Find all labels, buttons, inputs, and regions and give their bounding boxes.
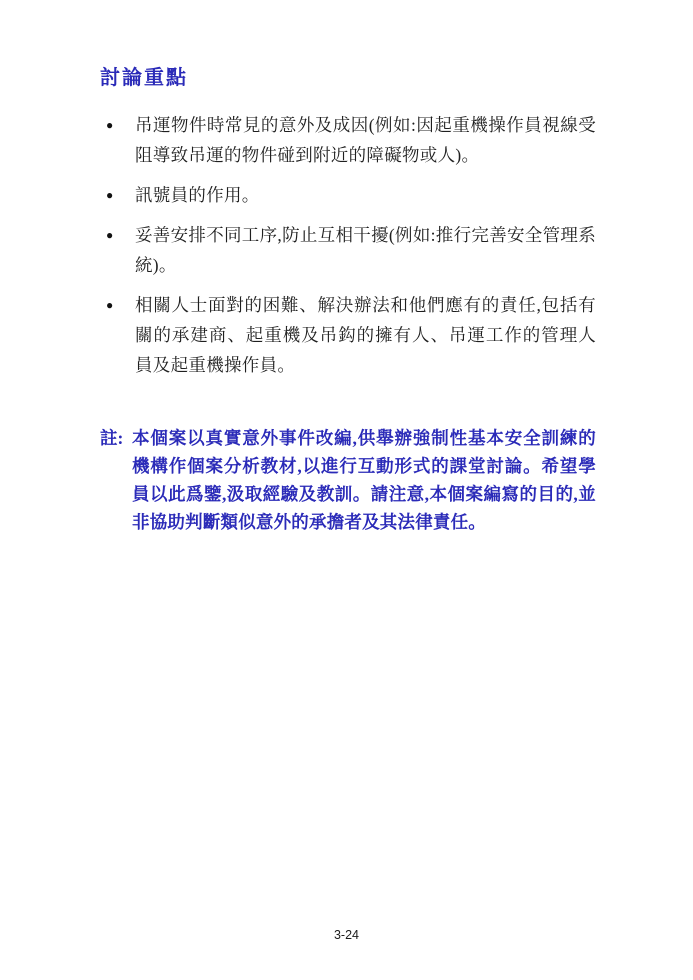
bullet-list: ● 吊運物件時常見的意外及成因(例如:因起重機操作員視線受阻導致吊運的物件碰到附… bbox=[100, 110, 596, 380]
list-item: ● 訊號員的作用。 bbox=[100, 180, 596, 210]
page-content: 討論重點 ● 吊運物件時常見的意外及成因(例如:因起重機操作員視線受阻導致吊運的… bbox=[100, 66, 596, 536]
list-item: ● 相關人士面對的困難、解決辦法和他們應有的責任,包括有關的承建商、起重機及吊鈎… bbox=[100, 290, 596, 380]
bullet-item-text: 妥善安排不同工序,防止互相干擾(例如:推行完善安全管理系統)。 bbox=[135, 220, 596, 280]
bullet-icon: ● bbox=[100, 110, 135, 140]
document-page: 討論重點 ● 吊運物件時常見的意外及成因(例如:因起重機操作員視線受阻導致吊運的… bbox=[0, 0, 693, 980]
list-item: ● 妥善安排不同工序,防止互相干擾(例如:推行完善安全管理系統)。 bbox=[100, 220, 596, 280]
bullet-item-text: 相關人士面對的困難、解決辦法和他們應有的責任,包括有關的承建商、起重機及吊鈎的擁… bbox=[135, 290, 596, 380]
page-number: 3-24 bbox=[0, 928, 693, 942]
note-text: 本個案以真實意外事件改編,供舉辦強制性基本安全訓練的機構作個案分析教材,以進行互… bbox=[132, 424, 596, 536]
page-title: 討論重點 bbox=[100, 66, 596, 90]
note-label: 註: bbox=[100, 424, 132, 452]
bullet-item-text: 吊運物件時常見的意外及成因(例如:因起重機操作員視線受阻導致吊運的物件碰到附近的… bbox=[135, 110, 596, 170]
bullet-icon: ● bbox=[100, 290, 135, 320]
bullet-icon: ● bbox=[100, 220, 135, 250]
bullet-item-text: 訊號員的作用。 bbox=[135, 180, 596, 210]
bullet-icon: ● bbox=[100, 180, 135, 210]
note-paragraph: 註: 本個案以真實意外事件改編,供舉辦強制性基本安全訓練的機構作個案分析教材,以… bbox=[100, 424, 596, 536]
list-item: ● 吊運物件時常見的意外及成因(例如:因起重機操作員視線受阻導致吊運的物件碰到附… bbox=[100, 110, 596, 170]
